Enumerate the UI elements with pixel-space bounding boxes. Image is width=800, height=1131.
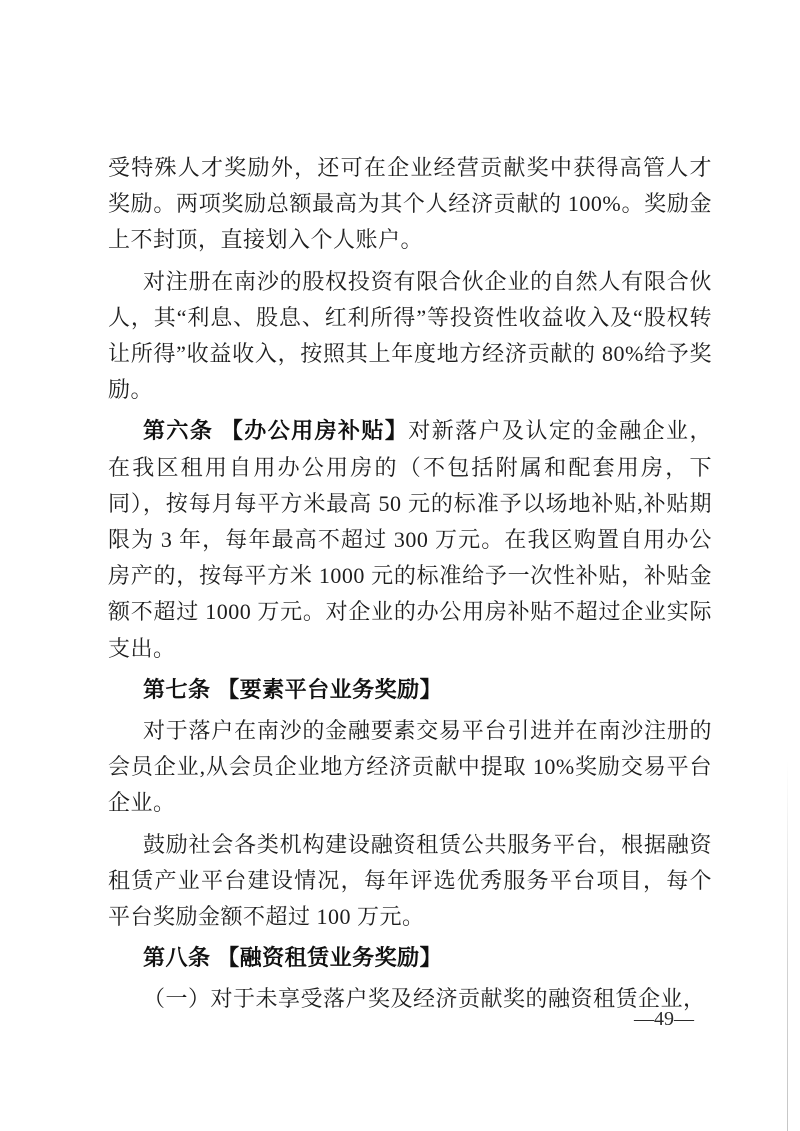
paragraph-text: 对注册在南沙的股权投资有限合伙企业的自然人有限合伙人，其“利息、股息、红利所得”… — [108, 269, 712, 403]
paragraph-text: 对于落户在南沙的金融要素交易平台引进并在南沙注册的会员企业,从会员企业地方经济贡… — [108, 718, 712, 815]
paragraph-text: 鼓励社会各类机构建设融资租赁公共服务平台，根据融资租赁产业平台建设情况，每年评选… — [108, 832, 712, 929]
scan-edge-artifact — [787, 760, 788, 1131]
article-8-heading: 第八条 【融资租赁业务奖励】 — [143, 945, 442, 970]
paragraph-article-8: 第八条 【融资租赁业务奖励】 — [108, 940, 712, 976]
paragraph-text: （一）对于未享受落户奖及经济贡献奖的融资租赁企业， — [143, 986, 706, 1011]
document-body: 受特殊人才奖励外，还可在企业经营贡献奖中获得高管人才奖励。两项奖励总额最高为其个… — [108, 150, 712, 1023]
article-7-heading: 第七条 【要素平台业务奖励】 — [143, 677, 442, 702]
paragraph: 鼓励社会各类机构建设融资租赁公共服务平台，根据融资租赁产业平台建设情况，每年评选… — [108, 827, 712, 936]
document-page: 受特殊人才奖励外，还可在企业经营贡献奖中获得高管人才奖励。两项奖励总额最高为其个… — [0, 0, 800, 1131]
paragraph: 对注册在南沙的股权投资有限合伙企业的自然人有限合伙人，其“利息、股息、红利所得”… — [108, 264, 712, 409]
paragraph-text: 受特殊人才奖励外，还可在企业经营贡献奖中获得高管人才奖励。两项奖励总额最高为其个… — [108, 155, 712, 252]
paragraph: 受特殊人才奖励外，还可在企业经营贡献奖中获得高管人才奖励。两项奖励总额最高为其个… — [108, 150, 712, 259]
paragraph-text: 对新落户及认定的金融企业，在我区租用自用办公用房的（不包括附属和配套用房，下同）… — [108, 418, 712, 660]
page-number: —49— — [634, 1008, 694, 1031]
paragraph-item-1: （一）对于未享受落户奖及经济贡献奖的融资租赁企业， — [108, 981, 712, 1017]
paragraph-article-6: 第六条 【办公用房补贴】对新落户及认定的金融企业，在我区租用自用办公用房的（不包… — [108, 413, 712, 666]
article-6-heading: 第六条 【办公用房补贴】 — [143, 418, 408, 443]
paragraph-article-7: 第七条 【要素平台业务奖励】 — [108, 672, 712, 708]
paragraph: 对于落户在南沙的金融要素交易平台引进并在南沙注册的会员企业,从会员企业地方经济贡… — [108, 713, 712, 822]
